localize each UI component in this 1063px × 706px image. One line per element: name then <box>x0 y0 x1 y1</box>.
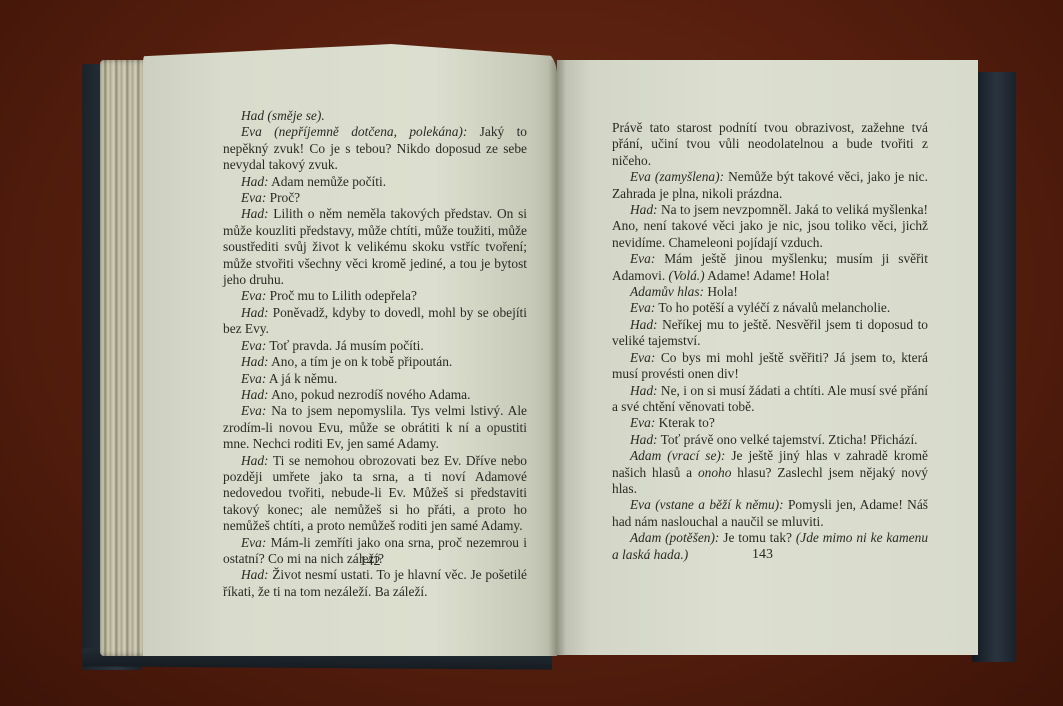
speaker-label: Eva: <box>630 300 655 315</box>
speaker-label: Eva (nepříjemně dotčena, polekána): <box>241 124 467 139</box>
dialogue-text: Proč? <box>266 190 300 205</box>
page-edges <box>100 60 148 656</box>
book-gutter <box>548 60 566 656</box>
speaker-label: Had: <box>241 453 269 468</box>
dialogue-text: Ti se nemohou obrozovati bez Ev. Dříve n… <box>223 453 527 534</box>
speaker-label: Adamův hlas: <box>630 284 704 299</box>
dialogue-text: A já k němu. <box>266 371 337 386</box>
speaker-label: Eva: <box>241 535 266 550</box>
dialogue-paragraph: Had: Ano, a tím je on k tobě připoután. <box>223 354 527 370</box>
speaker-label: Eva: <box>630 251 655 266</box>
dialogue-paragraph: Právě tato starost podnítí tvou obrazivo… <box>612 120 928 169</box>
dialogue-text: Na to jsem nevzpomněl. Jaká to veliká my… <box>612 202 928 250</box>
speaker-label: Eva (vstane a běží k němu): <box>630 497 784 512</box>
speaker-label: Adam (vrací se): <box>630 448 725 463</box>
dialogue-paragraph: Had: Ano, pokud nezrodíš nového Adama. <box>223 387 527 403</box>
speaker-label: Eva: <box>241 371 266 386</box>
right-page: Právě tato starost podnítí tvou obrazivo… <box>557 60 978 655</box>
dialogue-text: Kterak to? <box>655 415 715 430</box>
dialogue-text: Co bys mi mohl ještě svěřiti? Já jsem to… <box>612 350 928 381</box>
dialogue-paragraph: Had: Na to jsem nevzpomněl. Jaká to veli… <box>612 202 928 251</box>
dialogue-text: Hola! <box>704 284 738 299</box>
speaker-label: Had: <box>241 174 269 189</box>
speaker-label: Had: <box>630 432 658 447</box>
left-page-text: Had (směje se).Eva (nepříjemně dotčena, … <box>223 108 527 600</box>
dialogue-paragraph: Had: Ti se nemohou obrozovati bez Ev. Dř… <box>223 453 527 535</box>
dialogue-text: Toť právě ono velké tajemství. Zticha! P… <box>658 432 918 447</box>
book-cover-right <box>972 72 1016 662</box>
dialogue-paragraph: Eva: Mám ještě jinou myšlenku; musím ji … <box>612 251 928 284</box>
dialogue-paragraph: Eva (nepříjemně dotčena, polekána): Jaký… <box>223 124 527 173</box>
dialogue-paragraph: Had: Život nesmí ustati. To je hlavní vě… <box>223 567 527 600</box>
dialogue-paragraph: Had: Poněvadž, kdyby to dovedl, mohl by … <box>223 305 527 338</box>
dialogue-text: Ano, pokud nezrodíš nového Adama. <box>269 387 471 402</box>
speaker-label: Had: <box>241 387 269 402</box>
speaker-label: Eva: <box>241 338 266 353</box>
speaker-label: Eva: <box>241 288 266 303</box>
dialogue-paragraph: Had: Neříkej mu to ještě. Nesvěřil jsem … <box>612 317 928 350</box>
dialogue-text: Adam nemůže počíti. <box>269 174 387 189</box>
speaker-label: Eva: <box>630 415 655 430</box>
dialogue-paragraph: Eva: Kterak to? <box>612 415 928 431</box>
stage-direction: (Volá.) <box>665 268 704 283</box>
dialogue-text: Neříkej mu to ještě. Nesvěřil jsem ti do… <box>612 317 928 348</box>
page-number-left: 142 <box>143 554 557 570</box>
right-page-text: Právě tato starost podnítí tvou obrazivo… <box>612 120 928 563</box>
dialogue-text: Proč mu to Lilith odepřela? <box>266 288 417 303</box>
dialogue-paragraph: Had: Toť právě ono velké tajemství. Ztic… <box>612 432 928 448</box>
dialogue-text: Ne, i on si musí žádati a chtíti. Ale mu… <box>612 383 928 414</box>
speaker-label: Had: <box>241 354 269 369</box>
dialogue-paragraph: Had: Ne, i on si musí žádati a chtíti. A… <box>612 383 928 416</box>
dialogue-text: Je tomu tak? <box>719 530 792 545</box>
dialogue-paragraph: Eva (zamyšlena): Nemůže být takové věci,… <box>612 169 928 202</box>
speaker-label: Adam (potěšen): <box>630 530 719 545</box>
dialogue-paragraph: Had: Adam nemůže počíti. <box>223 174 527 190</box>
dialogue-paragraph: Had (směje se). <box>223 108 527 124</box>
dialogue-paragraph: Eva: Proč mu to Lilith odepřela? <box>223 288 527 304</box>
speaker-label: Had: <box>241 206 269 221</box>
dialogue-text: To ho potěší a vyléčí z návalů melanchol… <box>655 300 890 315</box>
dialogue-paragraph: Eva: Toť pravda. Já musím počíti. <box>223 338 527 354</box>
speaker-label: Eva: <box>241 403 266 418</box>
dialogue-paragraph: Adamův hlas: Hola! <box>612 284 928 300</box>
dialogue-text: Právě tato starost podnítí tvou obrazivo… <box>612 120 928 168</box>
dialogue-paragraph: Eva: To ho potěší a vyléčí z návalů mela… <box>612 300 928 316</box>
dialogue-paragraph: Adam (vrací se): Je ještě jiný hlas v za… <box>612 448 928 497</box>
speaker-label: Eva: <box>630 350 655 365</box>
dialogue-paragraph: Eva (vstane a běží k němu): Pomysli jen,… <box>612 497 928 530</box>
dialogue-text: Život nesmí ustati. To je hlavní věc. Je… <box>223 567 527 598</box>
page-number-right: 143 <box>557 547 978 563</box>
dialogue-paragraph: Eva: Co bys mi mohl ještě svěřiti? Já js… <box>612 350 928 383</box>
speaker-label: Eva: <box>241 190 266 205</box>
speaker-label: Had: <box>630 202 658 217</box>
speaker-label: Had: <box>241 305 269 320</box>
left-page: Had (směje se).Eva (nepříjemně dotčena, … <box>143 44 557 656</box>
speaker-label: Had (směje se). <box>241 108 325 123</box>
dialogue-paragraph: Had: Lilith o něm neměla takových předst… <box>223 206 527 288</box>
speaker-label: Had: <box>630 383 658 398</box>
dialogue-text: Na to jsem nepomyslila. Tys velmi lstivý… <box>223 403 527 451</box>
dialogue-paragraph: Eva: A já k němu. <box>223 371 527 387</box>
speaker-label: Had: <box>630 317 658 332</box>
dialogue-text: Toť pravda. Já musím počíti. <box>266 338 423 353</box>
dialogue-text: Poněvadž, kdyby to dovedl, mohl by se ob… <box>223 305 527 336</box>
speaker-label: Eva (zamyšlena): <box>630 169 724 184</box>
dialogue-text: Lilith o něm neměla takových představ. O… <box>223 206 527 287</box>
dialogue-paragraph: Eva: Na to jsem nepomyslila. Tys velmi l… <box>223 403 527 452</box>
dialogue-paragraph: Eva: Proč? <box>223 190 527 206</box>
dialogue-text: Adame! Adame! Hola! <box>705 268 830 283</box>
stage-direction: onoho <box>698 465 731 480</box>
dialogue-text: Ano, a tím je on k tobě připoután. <box>269 354 453 369</box>
